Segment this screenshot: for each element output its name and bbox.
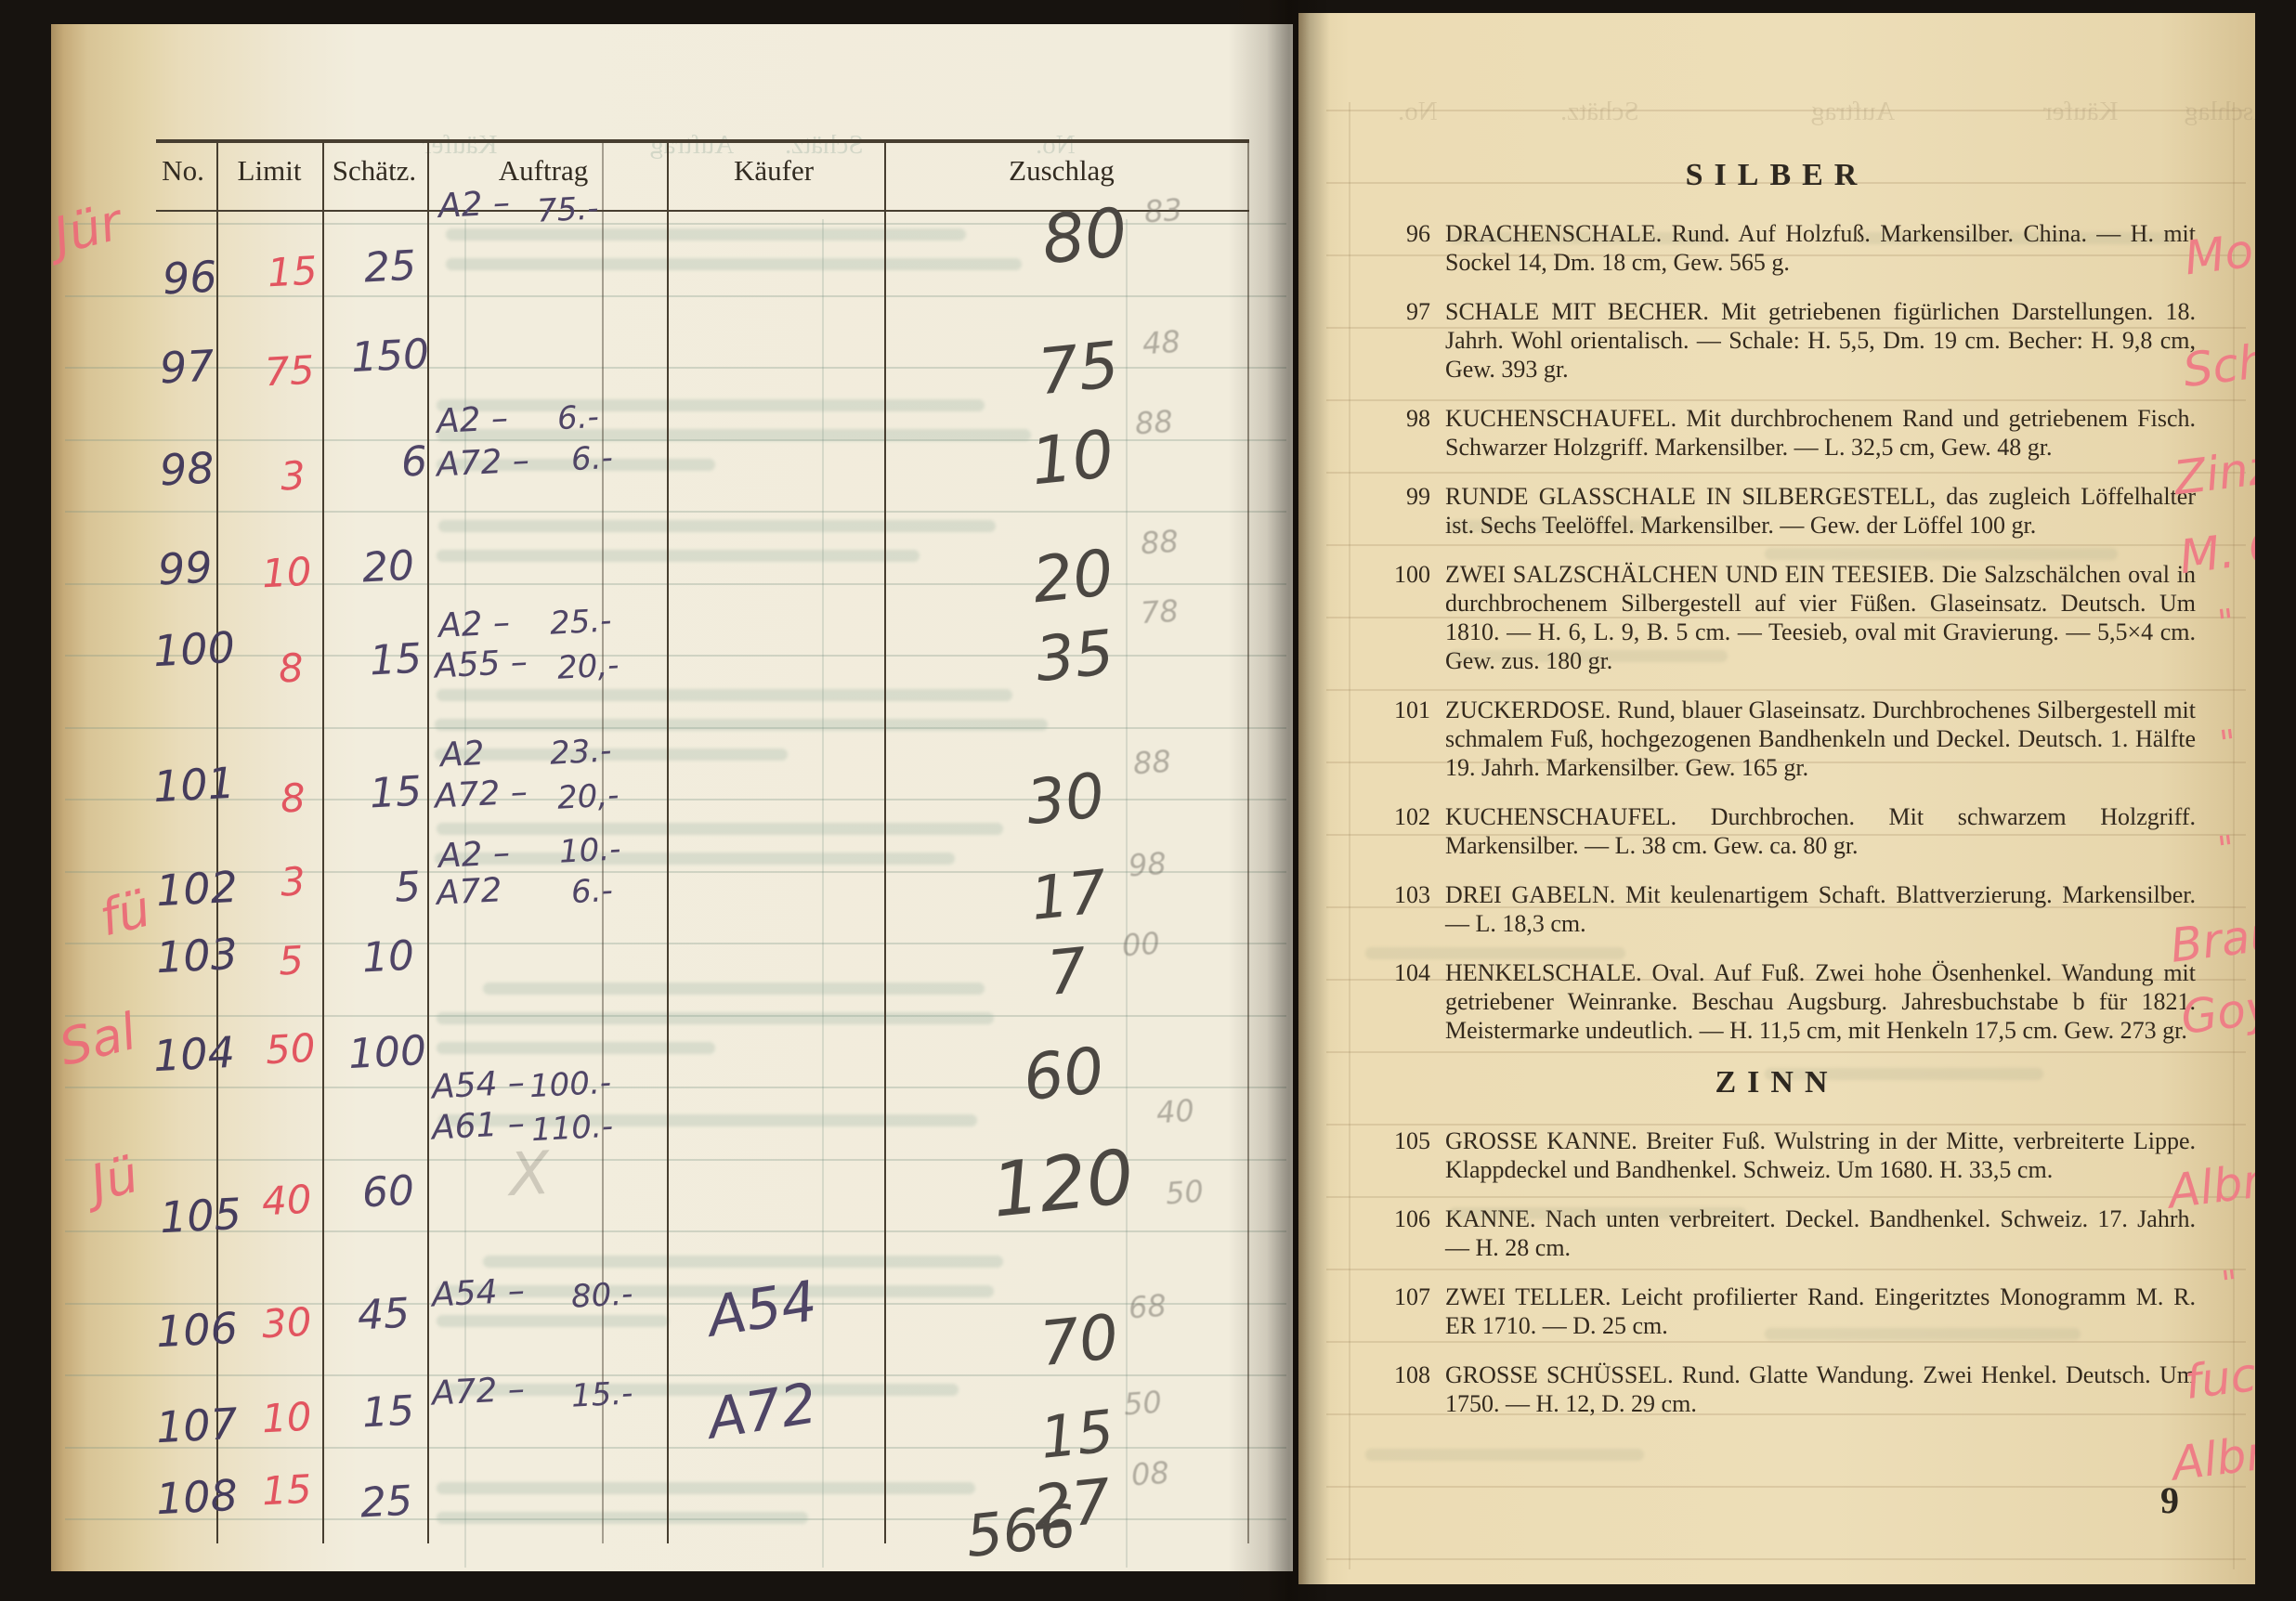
order-code: A72 – [431, 1370, 526, 1412]
section-heading: SILBER [1358, 158, 2196, 193]
order-code: A2 [439, 735, 486, 774]
lot-number-handwritten: 104 [152, 1027, 237, 1082]
lot-number-handwritten: 96 [162, 252, 218, 305]
column-header-zuschlag: Zuschlag [1009, 154, 1115, 188]
estimate-value: 25 [363, 242, 418, 293]
ghost-digits: 88 [1140, 524, 1180, 562]
margin-note: fü [94, 879, 156, 947]
lot-description: KUCHENSCHAUFEL. Durchbrochen. Mit schwar… [1445, 802, 2196, 860]
ruled-column-line [1126, 219, 1128, 1568]
bleedthrough-header-text: Käufer [2043, 97, 2119, 127]
bleedthrough-strip [1365, 1449, 1644, 1461]
lot-number-handwritten: 102 [155, 862, 240, 917]
lot-number: 106 [1358, 1204, 1445, 1262]
lot-entry: 96DRACHENSCHALE. Rund. Auf Holzfuß. Mark… [1358, 219, 2196, 277]
hammer-price: 70 [1037, 1301, 1122, 1380]
order-amount: 10.- [558, 830, 621, 870]
lot-number: 107 [1358, 1282, 1445, 1340]
hammer-price: 75 [1035, 329, 1122, 410]
lot-number-handwritten: 103 [155, 929, 240, 983]
hammer-price: 20 [1029, 537, 1116, 618]
lot-entry: 105GROSSE KANNE. Breiter Fuß. Wulstring … [1358, 1126, 2196, 1184]
hammer-price: 10 [1027, 416, 1117, 501]
hammer-price: 15 [1037, 1397, 1116, 1472]
lot-number: 96 [1358, 219, 1445, 277]
limit-value: 30 [261, 1299, 313, 1347]
order-amount: 80.- [570, 1275, 633, 1315]
lot-entry: 97SCHALE MIT BECHER. Mit getriebenen fig… [1358, 297, 2196, 384]
order-code: A55 – [434, 643, 528, 685]
bleedthrough-strip [437, 429, 1031, 441]
limit-value: 40 [261, 1177, 313, 1225]
order-amount: 25.- [549, 602, 612, 642]
hammer-price: 17 [1027, 858, 1110, 934]
bleedthrough-header-text: Schätz. [1560, 97, 1639, 127]
order-code: A72 [436, 871, 502, 913]
column-header-no: No. [162, 154, 204, 188]
bleedthrough-strip [437, 1012, 994, 1024]
hammer-price: 80 [1038, 192, 1131, 279]
limit-value: 15 [267, 248, 319, 296]
ghost-digits: 78 [1140, 593, 1180, 631]
order-amount: 6.- [570, 872, 614, 911]
lot-entry: 99RUNDE GLASSCHALE IN SILBERGESTELL, das… [1358, 482, 2196, 540]
lot-entry: 101ZUCKERDOSE. Rund, blauer Glaseinsatz.… [1358, 696, 2196, 782]
lot-number-handwritten: 97 [159, 341, 215, 394]
ghost-digits: 98 [1128, 846, 1168, 884]
lot-number-handwritten: 99 [157, 542, 214, 595]
ruled-column-line [822, 219, 824, 1568]
estimate-value: 20 [361, 542, 416, 592]
order-amount: 15.- [570, 1374, 633, 1414]
bleedthrough-strip [446, 228, 966, 241]
bleedthrough-strip [437, 1315, 669, 1327]
limit-value: 3 [280, 452, 307, 499]
bleedthrough-strip [438, 520, 996, 532]
ruled-line [65, 1230, 1286, 1232]
ruled-line [65, 295, 1286, 297]
order-amount: 75.- [536, 189, 599, 229]
ghost-digits: 08 [1130, 1455, 1170, 1493]
bleedthrough-header-text: Käufer [423, 130, 498, 161]
ghost-digits: 88 [1132, 744, 1172, 782]
hammer-price-sum: 566 [963, 1491, 1079, 1570]
lot-number: 103 [1358, 880, 1445, 938]
bleedthrough-strip [437, 823, 1003, 835]
estimate-value: 45 [357, 1290, 411, 1340]
limit-value: 50 [265, 1025, 317, 1074]
limit-value: 10 [261, 1394, 313, 1442]
lot-entry: 104HENKELSCHALE. Oval. Auf Fuß. Zwei hoh… [1358, 958, 2196, 1045]
bleedthrough-header-text: Zuschlag [2185, 97, 2255, 127]
bleedthrough-strip [437, 399, 985, 411]
ghost-digits: 50 [1165, 1174, 1205, 1212]
lot-number: 101 [1358, 696, 1445, 782]
lot-description: GROSSE KANNE. Breiter Fuß. Wulstring in … [1445, 1126, 2196, 1184]
lot-entry: 107ZWEI TELLER. Leicht profilierter Rand… [1358, 1282, 2196, 1340]
limit-value: 5 [278, 937, 305, 983]
limit-value: 15 [261, 1466, 313, 1515]
lot-entry: 100ZWEI SALZSCHÄLCHEN UND EIN TEESIEB. D… [1358, 560, 2196, 675]
hammer-price: 35 [1032, 617, 1117, 696]
ruled-line [65, 1374, 1286, 1376]
bleedthrough-strip [437, 1482, 975, 1494]
buyer-code: A54 [703, 1269, 821, 1350]
lot-description: DREI GABELN. Mit keulenartigem Schaft. B… [1445, 880, 2196, 938]
hammer-price: 60 [1020, 1035, 1107, 1116]
order-code: A2 – [437, 834, 511, 876]
order-amount: 6.- [570, 439, 614, 478]
buyer-ditto-mark: " [2217, 722, 2238, 764]
estimate-value: 60 [361, 1167, 416, 1217]
order-amount: 6.- [556, 398, 600, 437]
lot-number-handwritten: 105 [159, 1189, 243, 1243]
lot-number-handwritten: 107 [155, 1399, 240, 1453]
bleedthrough-header-text: Auftrag [1811, 97, 1895, 127]
order-code: A54 – [431, 1063, 526, 1106]
lot-entry: 106KANNE. Nach unten verbreitert. Deckel… [1358, 1204, 2196, 1262]
bleedthrough-strip [437, 1042, 715, 1054]
estimate-value: 6 [400, 437, 429, 486]
order-code: A72 – [434, 773, 528, 815]
lot-number-handwritten: 101 [152, 758, 237, 813]
bleedthrough-strip [437, 1512, 808, 1524]
catalog-page: No.Schätz.AuftragKäuferZuschlag SILBER96… [1298, 13, 2255, 1584]
order-code: A72 – [436, 441, 530, 484]
lot-number: 100 [1358, 560, 1445, 675]
lot-entry: 102KUCHENSCHAUFEL. Durchbrochen. Mit sch… [1358, 802, 2196, 860]
estimate-value: 10 [361, 932, 416, 983]
lot-number: 104 [1358, 958, 1445, 1045]
lot-number: 97 [1358, 297, 1445, 384]
ghost-digits: 48 [1141, 324, 1181, 362]
lot-number: 102 [1358, 802, 1445, 860]
lot-description: ZWEI TELLER. Leicht profilierter Rand. E… [1445, 1282, 2196, 1340]
table-column-line [322, 139, 324, 1543]
table-top-rule [156, 139, 1249, 143]
lot-number: 98 [1358, 404, 1445, 462]
lot-description: GROSSE SCHÜSSEL. Rund. Glatte Wandung. Z… [1445, 1360, 2196, 1418]
ruled-column-line [1349, 102, 1350, 1569]
order-amount: 23.- [549, 732, 612, 772]
limit-value: 8 [280, 774, 307, 821]
ghost-digits: 83 [1143, 192, 1183, 230]
lot-number: 105 [1358, 1126, 1445, 1184]
lot-description: KUCHENSCHAUFEL. Mit durchbrochenem Rand … [1445, 404, 2196, 462]
estimate-value: 150 [350, 331, 431, 382]
lot-entry: 98KUCHENSCHAUFEL. Mit durchbrochenem Ran… [1358, 404, 2196, 462]
estimate-value: 100 [347, 1027, 428, 1078]
estimate-value: 25 [359, 1477, 414, 1528]
lot-description: SCHALE MIT BECHER. Mit getriebenen figür… [1445, 297, 2196, 384]
lot-description: KANNE. Nach unten verbreitert. Deckel. B… [1445, 1204, 2196, 1262]
bleedthrough-strip [483, 1256, 1003, 1268]
order-amount: 20,- [556, 776, 620, 816]
bleedthrough-strip [435, 853, 955, 865]
column-header-auftrag: Auftrag [499, 154, 588, 188]
scanned-auction-catalog-spread: KäuferAuftragSchätz.No. No. Limit Schätz… [0, 0, 2296, 1601]
bleedthrough-strip [435, 719, 1048, 731]
ghost-digits: 88 [1134, 404, 1174, 442]
lot-entry: 103DREI GABELN. Mit keulenartigem Schaft… [1358, 880, 2196, 938]
lot-description: HENKELSCHALE. Oval. Auf Fuß. Zwei hohe Ö… [1445, 958, 2196, 1045]
lot-description: DRACHENSCHALE. Rund. Auf Holzfuß. Marken… [1445, 219, 2196, 277]
order-code: A54 – [431, 1271, 526, 1314]
lot-description: ZWEI SALZSCHÄLCHEN UND EIN TEESIEB. Die … [1445, 560, 2196, 675]
lot-number: 99 [1358, 482, 1445, 540]
column-header-schaetz: Schätz. [333, 154, 416, 188]
bleedthrough-strip [437, 550, 920, 562]
lot-description: RUNDE GLASSCHALE IN SILBERGESTELL, das z… [1445, 482, 2196, 540]
table-column-line [884, 139, 886, 1543]
table-right-line [1247, 139, 1249, 1543]
pencil-cross-mark: X [507, 1139, 552, 1210]
section-heading: ZINN [1358, 1065, 2196, 1100]
lot-list: SILBER96DRACHENSCHALE. Rund. Auf Holzfuß… [1358, 152, 2196, 1438]
lot-number-handwritten: 108 [155, 1470, 240, 1525]
estimate-value: 15 [369, 635, 424, 685]
limit-value: 3 [280, 858, 307, 905]
hammer-price: 30 [1023, 760, 1108, 839]
order-code: A2 – [437, 604, 511, 645]
ghost-digits: 50 [1123, 1385, 1163, 1423]
ruled-line [65, 511, 1286, 513]
lot-number: 108 [1358, 1360, 1445, 1418]
ghost-digits: 68 [1128, 1288, 1168, 1326]
order-amount: 100.- [528, 1064, 612, 1106]
bleedthrough-header-text: Auftrag [650, 130, 734, 161]
limit-value: 8 [278, 644, 305, 691]
bleedthrough-strip [446, 258, 1022, 270]
lot-entry: 108GROSSE SCHÜSSEL. Rund. Glatte Wandung… [1358, 1360, 2196, 1418]
ruled-line [1326, 1558, 2246, 1560]
lot-number-handwritten: 98 [159, 443, 215, 496]
column-header-limit: Limit [238, 154, 302, 188]
margin-note: Jür [51, 192, 127, 266]
bleedthrough-header-text: No. [1398, 97, 1438, 127]
hammer-price: 7 [1044, 934, 1090, 1009]
ghost-digits: 40 [1155, 1093, 1195, 1131]
lot-description: ZUCKERDOSE. Rund, blauer Glaseinsatz. Du… [1445, 696, 2196, 782]
table-column-line [667, 139, 669, 1543]
ghost-digits: 00 [1121, 926, 1161, 964]
bleedthrough-strip [483, 983, 985, 995]
limit-value: 75 [264, 347, 316, 396]
hammer-price: 120 [988, 1133, 1139, 1233]
ledger-page: KäuferAuftragSchätz.No. No. Limit Schätz… [51, 24, 1293, 1571]
bleedthrough-strip [437, 689, 1012, 701]
margin-note: Jü [85, 1145, 144, 1213]
lot-number-handwritten: 100 [152, 622, 237, 677]
estimate-value: 5 [394, 863, 423, 911]
order-amount: 20,- [556, 646, 620, 686]
lot-number-handwritten: 106 [155, 1303, 240, 1358]
ruled-line [65, 943, 1286, 944]
order-code: A2 – [437, 184, 511, 226]
estimate-value: 15 [361, 1387, 416, 1438]
estimate-value: 15 [369, 768, 424, 818]
column-header-kaeufer: Käufer [734, 154, 814, 188]
order-code: A2 – [436, 399, 509, 441]
ruled-line [1326, 1486, 2246, 1488]
margin-note: Sal [54, 1002, 142, 1077]
limit-value: 10 [261, 549, 313, 597]
